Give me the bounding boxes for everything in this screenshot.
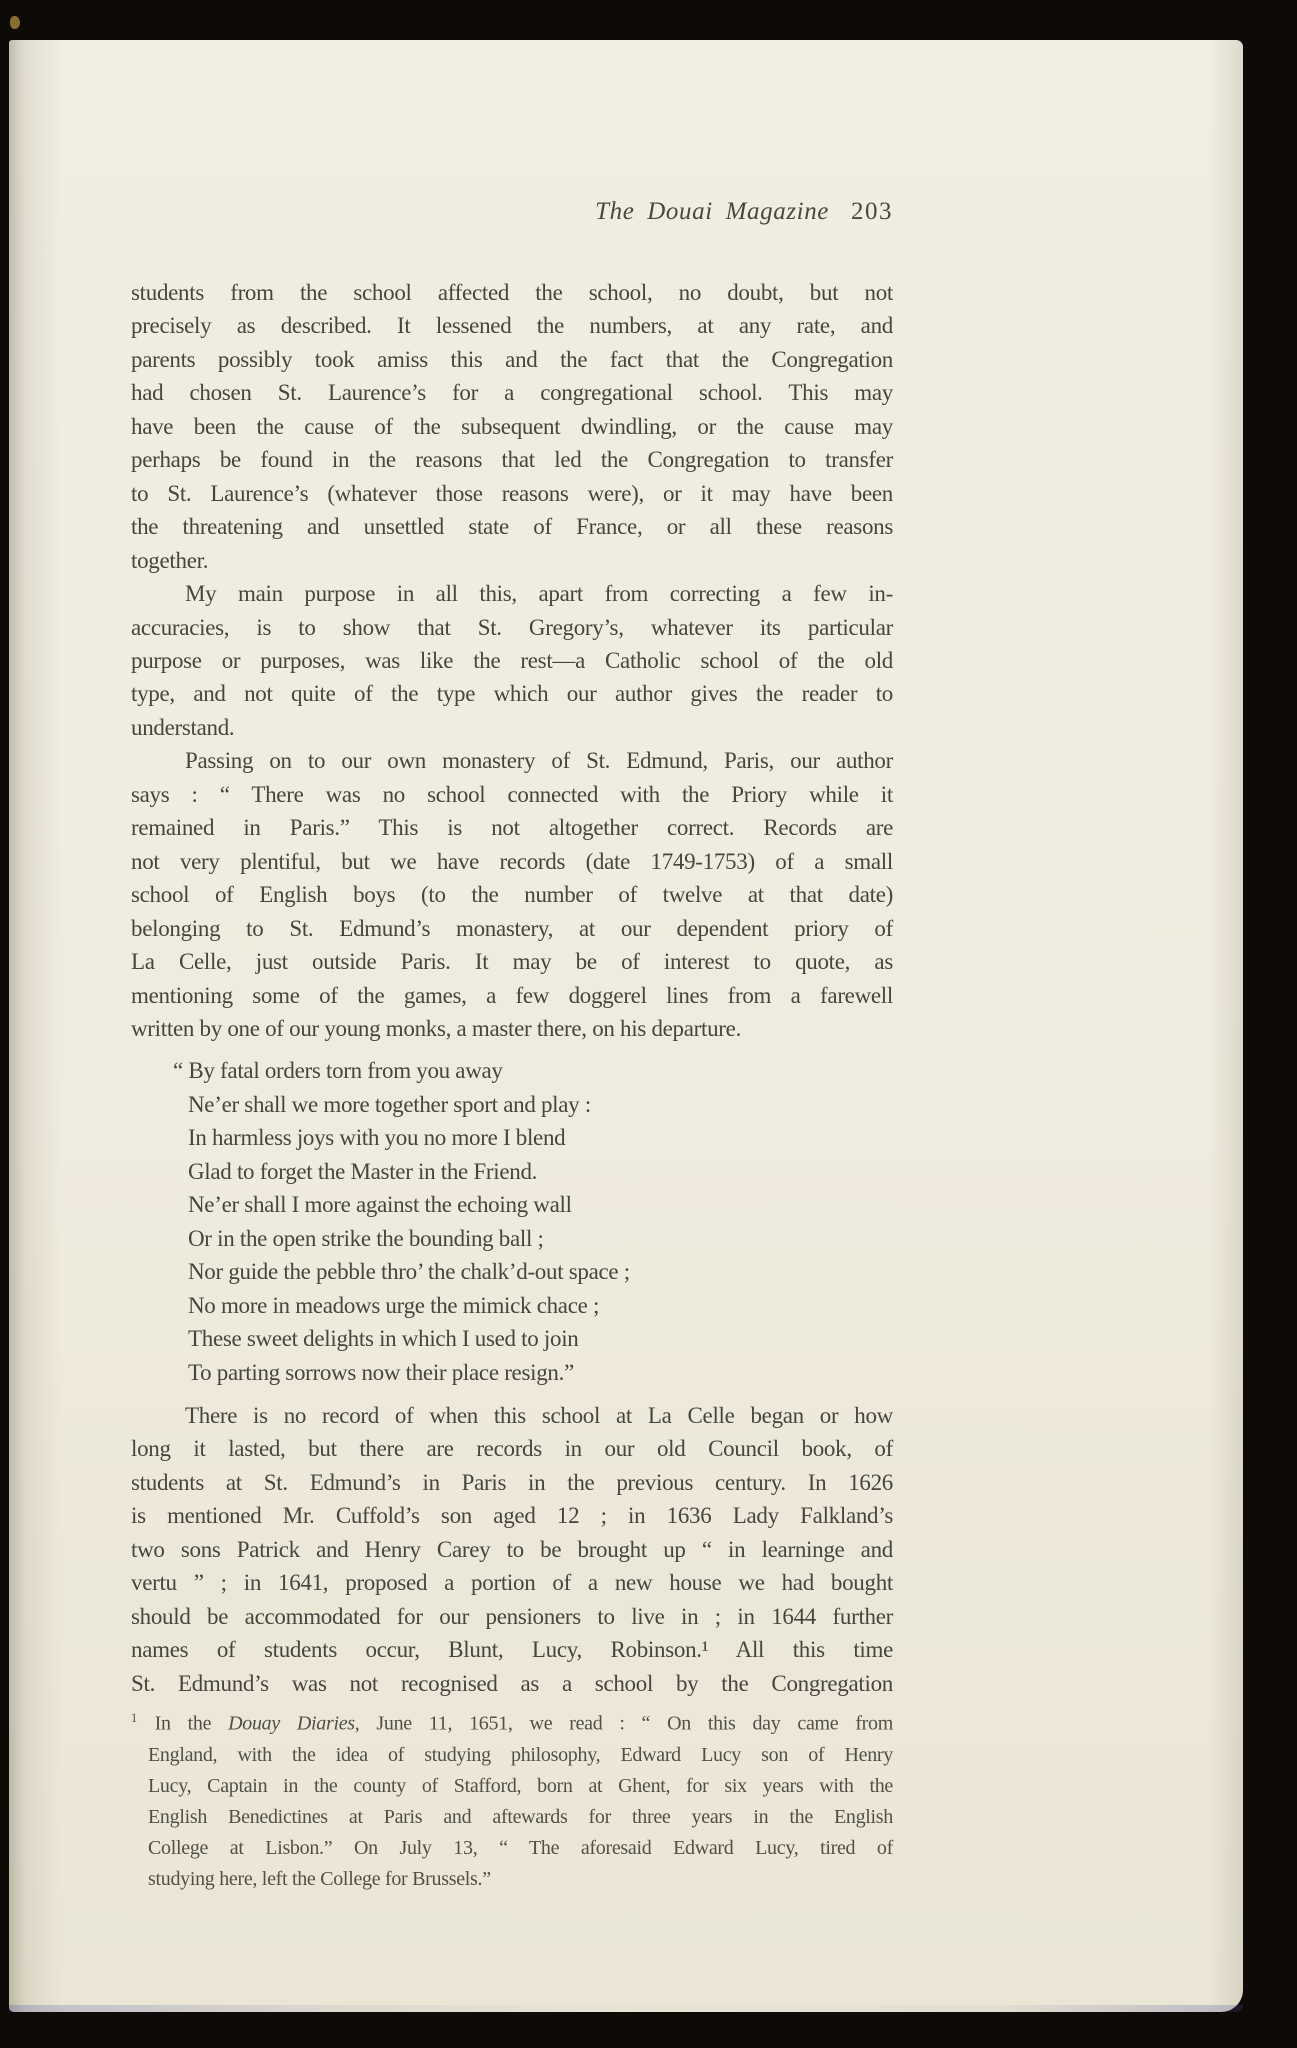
- footnote-line: College at Lisbon.” On July 13, “ The af…: [148, 1833, 893, 1864]
- poem-line: No more in meadows urge the mimick chace…: [188, 1289, 893, 1322]
- poem-line: Nor guide the pebble thro’ the chalk’d-o…: [188, 1255, 893, 1288]
- text-line: to St. Laurence’s (whatever those reason…: [131, 477, 893, 510]
- text-line: There is no record of when this school a…: [131, 1399, 893, 1432]
- page-body: students from the school affected the sc…: [131, 276, 893, 1700]
- work-title: Douay Diaries: [228, 1713, 355, 1735]
- poem-line: Glad to forget the Master in the Friend.: [188, 1155, 893, 1188]
- text-line: precisely as described. It lessened the …: [131, 309, 893, 342]
- poem: “ By fatal orders torn from you awayNe’e…: [188, 1054, 893, 1389]
- text-line: type, and not quite of the type which ou…: [131, 677, 893, 710]
- magazine-title: The Douai Magazine: [595, 198, 829, 225]
- text-line: vertu ” ; in 1641, proposed a portion of…: [131, 1566, 893, 1599]
- page-number: 203: [851, 198, 893, 225]
- poem-line: These sweet delights in which I used to …: [188, 1322, 893, 1355]
- text-line: names of students occur, Blunt, Lucy, Ro…: [131, 1633, 893, 1666]
- text-line: long it lasted, but there are records in…: [131, 1432, 893, 1465]
- paragraph: There is no record of when this school a…: [131, 1399, 893, 1700]
- scanned-book-page: The Douai Magazine203 students from the …: [0, 0, 1297, 2048]
- footnote-line: Lucy, Captain in the county of Stafford,…: [148, 1771, 893, 1802]
- paper-speck: [10, 16, 20, 29]
- text-line: belonging to St. Edmund’s monastery, at …: [131, 912, 893, 945]
- paragraph: students from the school affected the sc…: [131, 276, 893, 577]
- text-line: not very plentiful, but we have records …: [131, 845, 893, 878]
- text-line: two sons Patrick and Henry Carey to be b…: [131, 1533, 893, 1566]
- running-header: The Douai Magazine203: [131, 198, 893, 226]
- text-line: school of English boys (to the number of…: [131, 878, 893, 911]
- poem-line: To parting sorrows now their place resig…: [188, 1356, 893, 1389]
- text-line: Passing on to our own monastery of St. E…: [131, 744, 893, 777]
- poem-line: Or in the open strike the bounding ball …: [188, 1222, 893, 1255]
- footnote-marker: 1: [131, 1711, 138, 1725]
- footnote-line: England, with the idea of studying philo…: [148, 1740, 893, 1771]
- text-line: parents possibly took amiss this and the…: [131, 343, 893, 376]
- poem-line: Ne’er shall I more against the echoing w…: [188, 1188, 893, 1221]
- footnote-text: In the: [138, 1713, 228, 1735]
- text-line: perhaps be found in the reasons that led…: [131, 443, 893, 476]
- text-line: mentioning some of the games, a few dogg…: [131, 979, 893, 1012]
- footnote-line: English Benedictines at Paris and aftewa…: [148, 1802, 893, 1833]
- text-line: is mentioned Mr. Cuffold’s son aged 12 ;…: [131, 1499, 893, 1532]
- text-line: La Celle, just outside Paris. It may be …: [131, 945, 893, 978]
- footnote-text: , June 11, 1651, we read : “ On this day…: [355, 1713, 893, 1735]
- poem-line: In harmless joys with you no more I blen…: [188, 1121, 893, 1154]
- text-line: remained in Paris.” This is not altogeth…: [131, 811, 893, 844]
- paragraph: Passing on to our own monastery of St. E…: [131, 744, 893, 1045]
- text-line: had chosen St. Laurence’s for a congrega…: [131, 376, 893, 409]
- footnote-line: studying here, left the College for Brus…: [148, 1864, 893, 1895]
- poem-line: “ By fatal orders torn from you away: [188, 1054, 893, 1087]
- text-line: students from the school affected the sc…: [131, 276, 893, 309]
- text-line: should be accommodated for our pensioner…: [131, 1600, 893, 1633]
- poem-line: Ne’er shall we more together sport and p…: [188, 1088, 893, 1121]
- page-bottom-edge: [9, 2005, 1243, 2012]
- paragraph: My main purpose in all this, apart from …: [131, 577, 893, 744]
- text-line: My main purpose in all this, apart from …: [131, 577, 893, 610]
- text-line: says : “ There was no school connected w…: [131, 778, 893, 811]
- text-line: understand.: [131, 711, 893, 744]
- text-line: St. Edmund’s was not recognised as a sch…: [131, 1667, 893, 1700]
- footnote: 1 In the Douay Diaries, June 11, 1651, w…: [131, 1703, 893, 1895]
- text-line: the threatening and unsettled state of F…: [131, 510, 893, 543]
- text-line: students at St. Edmund’s in Paris in the…: [131, 1466, 893, 1499]
- text-line: written by one of our young monks, a mas…: [131, 1012, 893, 1045]
- text-line: purpose or purposes, was like the rest—a…: [131, 644, 893, 677]
- text-line: have been the cause of the subsequent dw…: [131, 410, 893, 443]
- text-line: accuracies, is to show that St. Gregory’…: [131, 611, 893, 644]
- book-page: The Douai Magazine203 students from the …: [9, 40, 1243, 2012]
- footnote-line: 1 In the Douay Diaries, June 11, 1651, w…: [131, 1703, 893, 1740]
- text-line: together.: [131, 544, 893, 577]
